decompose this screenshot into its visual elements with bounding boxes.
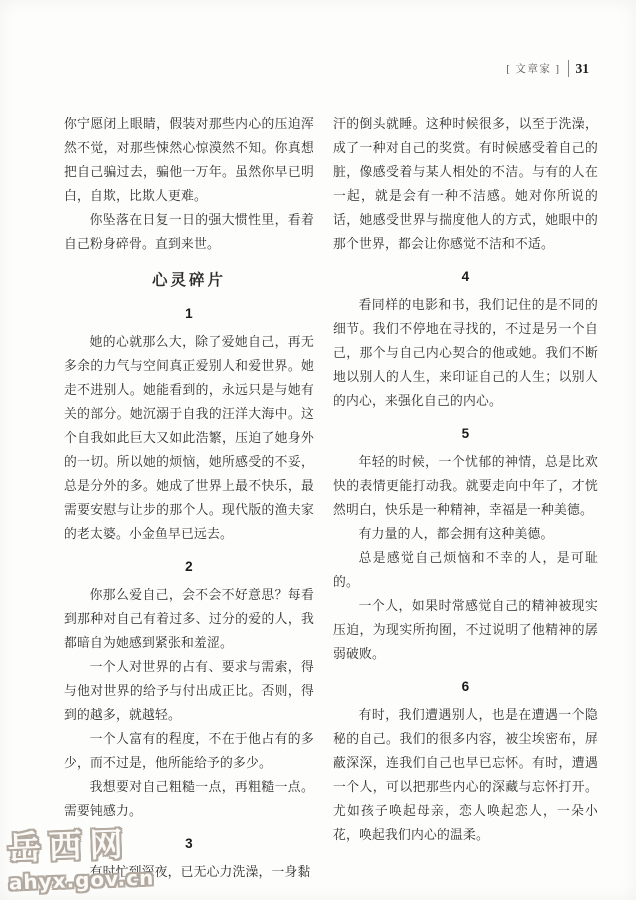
header-divider: [568, 60, 569, 77]
section-number: 3: [64, 832, 314, 856]
section-paragraph: 一个人富有的程度，不在于他占有的多少，而不过是，他所能给予的多少。: [64, 727, 314, 775]
section-paragraph: 有时，我们遭遇别人，也是在遭遇一个隐秘的自己。我们的很多内容，被尘埃密布，屏蔽深…: [333, 703, 598, 847]
section-paragraph: 有时忙到深夜，已无心力洗澡，一身黏: [64, 860, 314, 884]
section-number: 5: [333, 422, 598, 446]
carryover-paragraph: 你坠落在日复一日的强大惯性里，看着自己粉身碎骨。直到来世。: [64, 208, 314, 256]
section-paragraph: 一个人，如果时常感觉自己的精神被现实压迫，为现实所拘囿，不过说明了他精神的孱弱破…: [333, 594, 598, 666]
section-number: 4: [333, 265, 598, 289]
section-paragraph: 看同样的电影和书，我们记住的是不同的细节。我们不停地在寻找的，不过是另一个自己，…: [333, 293, 598, 413]
section-number: 2: [64, 555, 314, 579]
section-paragraph: 你那么爱自己，会不会不好意思？每看到那种对自己有着过多、过分的爱的人，我都暗自为…: [64, 583, 314, 655]
page-number: 31: [576, 61, 590, 77]
text-columns: 你宁愿闭上眼睛，假装对那些内心的压迫浑然不觉，对那些悚然心惊漠然不知。你真想把自…: [64, 112, 598, 884]
section-paragraph-continued: 汗的倒头就睡。这种时候很多，以至于洗澡，成了一种对自己的奖赏。有时候感受着自己的…: [333, 112, 598, 256]
article-title: 心灵碎片: [64, 269, 314, 293]
right-column: 汗的倒头就睡。这种时候很多，以至于洗澡，成了一种对自己的奖赏。有时候感受着自己的…: [333, 112, 598, 884]
section-number: 1: [64, 302, 314, 326]
section-paragraph: 年轻的时候，一个忧郁的神情，总是比欢快的表情更能打动我。就要走向中年了，才恍然明…: [333, 450, 598, 522]
running-head: [ 文章家 ] 31: [506, 60, 589, 77]
scanned-book-page: [ 文章家 ] 31 你宁愿闭上眼睛，假装对那些内心的压迫浑然不觉，对那些悚然心…: [0, 0, 636, 900]
section-paragraph: 一个人对世界的占有、要求与需索，得与他对世界的给予与付出成正比。否则，得到的越多…: [64, 655, 314, 727]
left-column: 你宁愿闭上眼睛，假装对那些内心的压迫浑然不觉，对那些悚然心惊漠然不知。你真想把自…: [64, 112, 314, 884]
carryover-paragraph: 你宁愿闭上眼睛，假装对那些内心的压迫浑然不觉，对那些悚然心惊漠然不知。你真想把自…: [64, 112, 314, 208]
section-paragraph: 总是感觉自己烦恼和不幸的人，是可耻的。: [333, 546, 598, 594]
section-paragraph: 她的心就那么大，除了爱她自己，再无多余的力气与空间真正爱别人和爱世界。她走不进别…: [64, 330, 314, 546]
section-paragraph: 有力量的人，都会拥有这种美德。: [333, 522, 598, 546]
section-paragraph: 我想要对自己粗糙一点，再粗糙一点。需要钝感力。: [64, 775, 314, 823]
section-number: 6: [333, 675, 598, 699]
journal-label: [ 文章家 ]: [506, 61, 560, 76]
